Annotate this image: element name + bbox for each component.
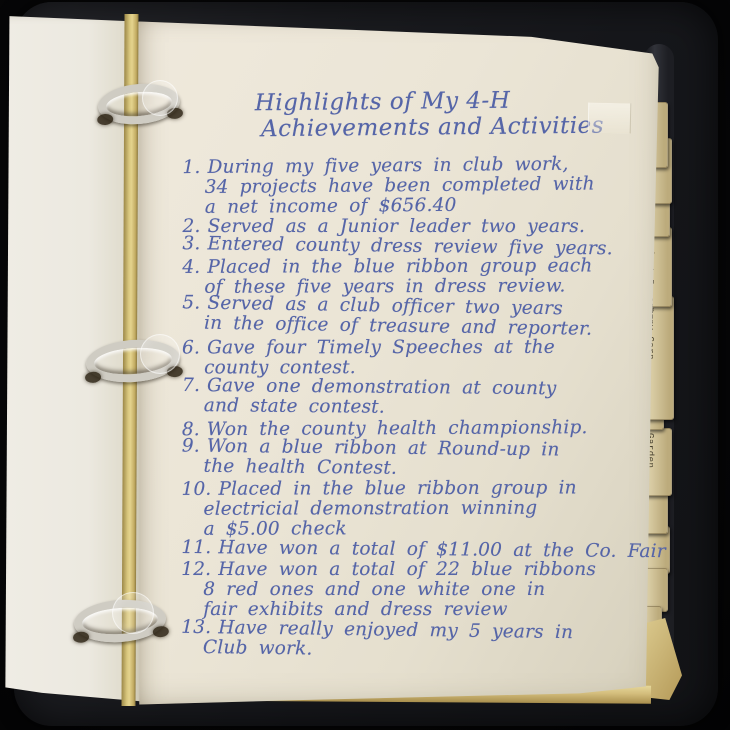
item-text: Placed in the blue ribbon group each <box>207 255 592 277</box>
tape-strip <box>588 103 632 134</box>
list-item: 4.Placed in the blue ribbon group eachof… <box>182 256 660 298</box>
item-number: 7. <box>182 376 200 396</box>
handwritten-line: 12.Have won a total of 22 blue ribbons <box>181 560 659 580</box>
item-number: 10. <box>181 480 211 500</box>
item-number: 12. <box>181 560 211 580</box>
item-number: 1. <box>182 158 200 178</box>
handwritten-line: 8 red ones and one white one in <box>181 580 659 600</box>
item-number: 5. <box>182 294 200 314</box>
item-number: 6. <box>182 338 200 358</box>
item-number: 9. <box>182 436 200 456</box>
item-text: Placed in the blue ribbon group in <box>218 478 576 500</box>
list-item: 1.During my five years in club work,34 p… <box>182 154 661 219</box>
item-number: 13. <box>181 617 211 638</box>
item-text: Have won a total of 22 blue ribbons <box>218 559 596 580</box>
list-item: 12.Have won a total of 22 blue ribbons8 … <box>181 560 659 621</box>
list-item: 5.Served as a club officer two yearsin t… <box>182 294 661 342</box>
handwritten-line: 6.Gave four Timely Speeches at the <box>182 337 660 358</box>
handwritten-content: Highlights of My 4-H Achievements and Ac… <box>157 87 661 662</box>
list-item: 7.Gave one demonstration at countyand st… <box>182 376 660 421</box>
item-number: 3. <box>182 234 200 254</box>
item-text: Gave four Timely Speeches at the <box>207 337 555 359</box>
list-item: 9.Won a blue ribbon at Round-up inthe he… <box>182 436 660 481</box>
handwritten-line: 4.Placed in the blue ribbon group each <box>182 256 660 278</box>
scrapbook-photo: High- lightstents le ofStandardyears Pro… <box>0 0 730 730</box>
achievement-list: 1.During my five years in club work,34 p… <box>157 155 661 662</box>
item-number: 4. <box>182 258 200 278</box>
list-item: 13.Have really enjoyed my 5 years inClub… <box>181 617 660 664</box>
list-item: 10.Placed in the blue ribbon group inele… <box>181 478 659 540</box>
hole-reinforcement-bottom <box>112 592 154 634</box>
hole-reinforcement-top <box>142 80 178 116</box>
handwritten-line: electricial demonstration winning <box>181 499 659 521</box>
list-item: 6.Gave four Timely Speeches at thecounty… <box>182 337 660 378</box>
handwritten-line: 10.Placed in the blue ribbon group in <box>181 478 659 500</box>
item-number: 11. <box>181 538 211 558</box>
hole-reinforcement-middle <box>140 334 180 374</box>
